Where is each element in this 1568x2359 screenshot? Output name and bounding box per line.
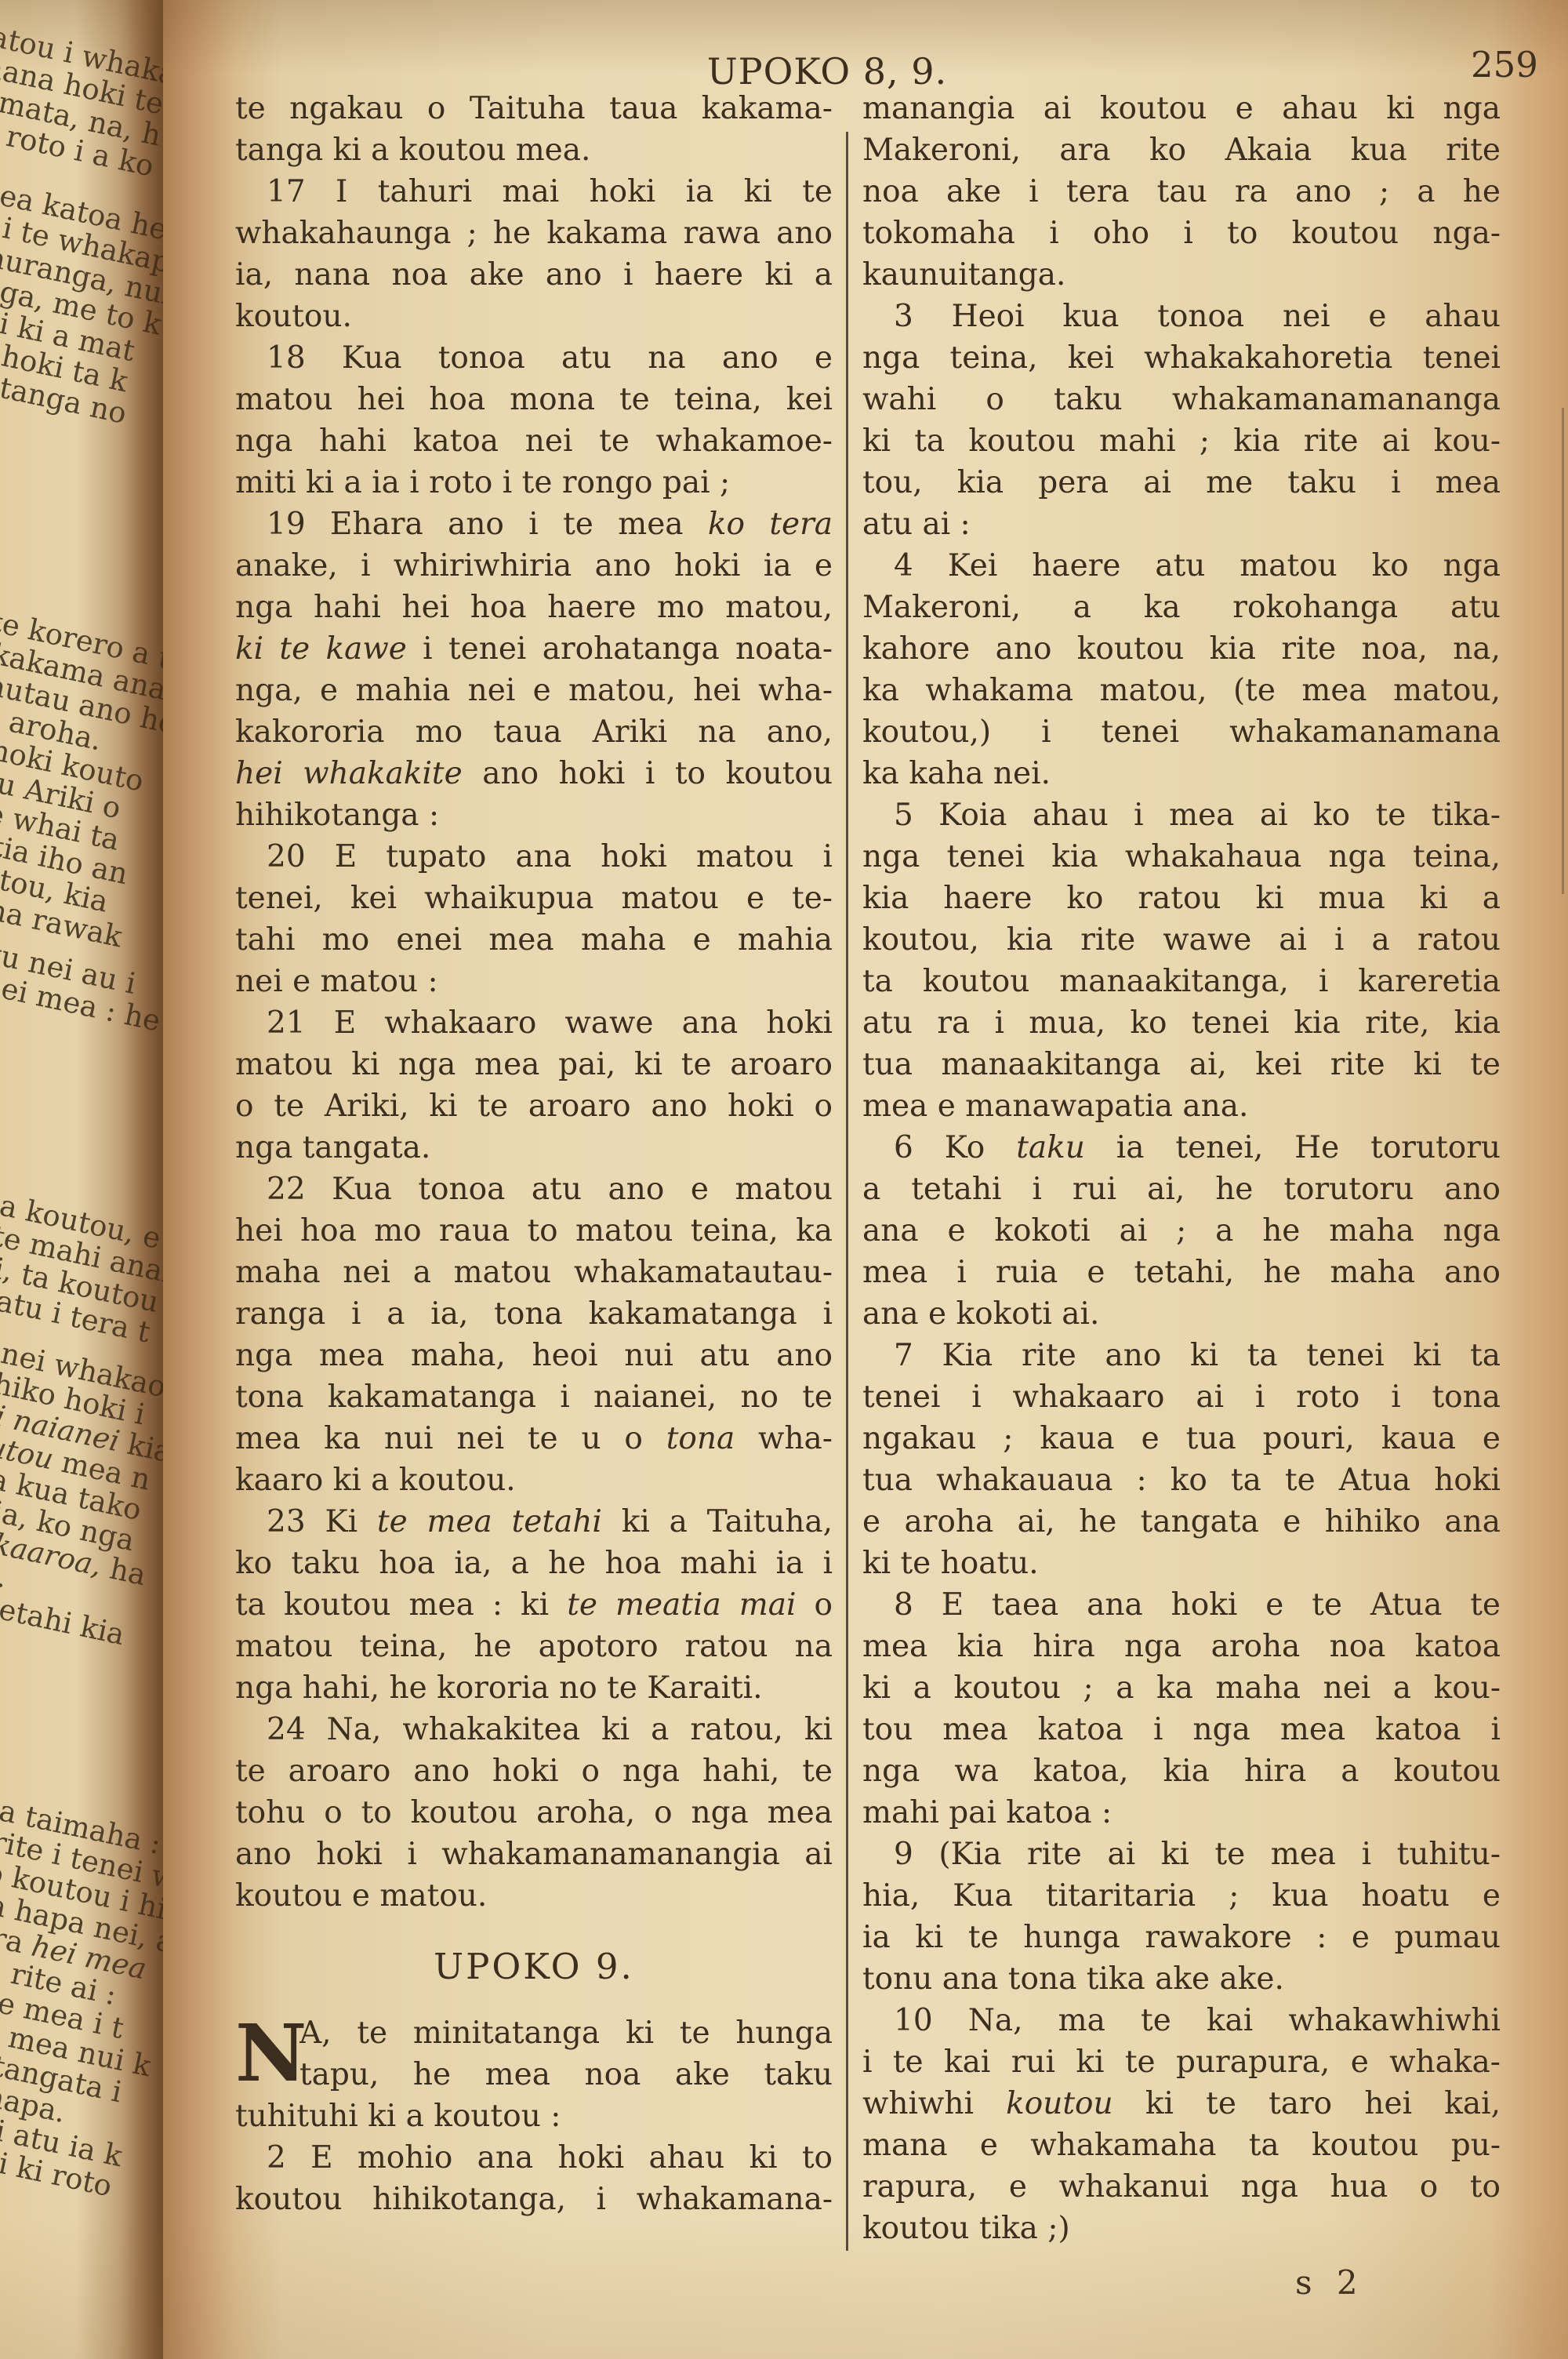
text-line: ana e kokoti ai.: [862, 1293, 1501, 1335]
text-line: nga hahi katoa nei te whakamoe-: [235, 420, 833, 462]
text-line: ngakau ; kaua e tua pouri, kaua e: [862, 1418, 1501, 1459]
text-line: ranga i a ia, tona kakamatanga i: [235, 1293, 833, 1335]
text-line: kaaro ki a koutou.: [235, 1459, 833, 1501]
signature-mark: s 2: [1295, 2263, 1358, 2302]
text-line: ki te hoatu.: [862, 1543, 1501, 1584]
text-line: mea kia hira nga aroha noa katoa: [862, 1626, 1501, 1667]
text-line: tapu, he mea noa ake taku: [299, 2054, 833, 2095]
text-line: ia ki te hunga rawakore : e pumau: [862, 1917, 1501, 1958]
text-line: atu ra i mua, ko tenei kia rite, kia: [862, 1002, 1501, 1044]
text-line: manangia ai koutou e ahau ki nga: [862, 88, 1501, 129]
text-line: tenei, kei whaikupua matou e te-: [235, 878, 833, 919]
text-line: ko taku hoa ia, a he hoa mahi ia i: [235, 1543, 833, 1584]
text-line: maha nei a matou whakamatautau-: [235, 1252, 833, 1293]
text-line: tua whakauaua : ko ta te Atua hoki: [862, 1459, 1501, 1501]
text-line: tou, kia pera ai me taku i mea: [862, 462, 1501, 503]
text-line: Makeroni, a ka rokohanga atu: [862, 587, 1501, 628]
text-line: 9 (Kia rite ai ki te mea i tuhitu-: [862, 1834, 1501, 1875]
text-line: te ngakau o Taituha taua kakama-: [235, 88, 833, 129]
facing-page-text-fragment: natou i whaka, nana hoki tei timata, na,…: [0, 17, 163, 183]
text-line: 22 Kua tonoa atu ano e matou: [235, 1169, 833, 1210]
text-line: o te Ariki, ki te aroaro ano hoki o: [235, 1085, 833, 1127]
text-line: tua manaakitanga ai, kei rite ki te: [862, 1044, 1501, 1085]
text-line: nga tangata.: [235, 1127, 833, 1169]
text-line: whiwhi koutou ki te taro hei kai,: [862, 2083, 1501, 2125]
text-line: A, te minitatanga ki te hunga: [299, 2012, 833, 2054]
text-line: nei e matou :: [235, 961, 833, 1002]
facing-page-text-fragment: kia taimaha :a rite i tenei wa o koutou …: [0, 1790, 163, 2205]
text-line: 2 E mohio ana hoki ahau ki to: [235, 2137, 833, 2179]
text-line: matou ki nga mea pai, ki te aroaro: [235, 1044, 833, 1085]
text-line: ano hoki i whakamanamanangia ai: [235, 1834, 833, 1875]
text-column-left: te ngakau o Taituha taua kakama-tanga ki…: [235, 88, 833, 2220]
text-line: tanga ki a koutou mea.: [235, 129, 833, 171]
text-line: noa ake i tera tau ra ano ; a he: [862, 171, 1501, 213]
dropcap-verse: NA, te minitatanga ki te hungatapu, he m…: [235, 2012, 833, 2095]
text-line: mahi pai katoa :: [862, 1792, 1501, 1834]
text-line: 8 E taea ana hoki e te Atua te: [862, 1584, 1501, 1626]
text-line: mana e whakamaha ta koutou pu-: [862, 2125, 1501, 2166]
text-line: 17 I tahuri mai hoki ia ki te: [235, 171, 833, 213]
text-line: whakahaunga ; he kakama rawa ano: [235, 213, 833, 254]
text-line: 6 Ko taku ia tenei, He torutoru: [862, 1127, 1501, 1169]
text-line: 23 Ki te mea tetahi ki a Taituha,: [235, 1501, 833, 1543]
text-line: ana e kokoti ai ; a he maha nga: [862, 1210, 1501, 1252]
text-line: koutou,) i tenei whakamanamana: [862, 711, 1501, 753]
text-line: i te kai rui ki te purapura, e whaka-: [862, 2041, 1501, 2083]
page-fore-edge-shadow: [1562, 408, 1564, 894]
text-line: ki ta koutou mahi ; kia rite ai kou-: [862, 420, 1501, 462]
text-line: e aroha ai, he tangata e hihiko ana: [862, 1501, 1501, 1543]
text-line: tahi mo enei mea maha e mahia: [235, 919, 833, 961]
text-line: tona kakamatanga i naianei, no te: [235, 1376, 833, 1418]
text-line: mea ka nui nei te u o tona wha-: [235, 1418, 833, 1459]
text-line: kia haere ko ratou ki mua ki a: [862, 878, 1501, 919]
text-line: ka kaha nei.: [862, 753, 1501, 794]
text-line: koutou e matou.: [235, 1875, 833, 1917]
facing-page-text-fragment: mea katoa he hu, i te whakapoatauranga, …: [0, 174, 163, 436]
text-line: koutou, kia rite wawe ai i a ratou: [862, 919, 1501, 961]
text-line: mea e manawapatia ana.: [862, 1085, 1501, 1127]
text-line: te aroaro ano hoki o nga hahi, te: [235, 1750, 833, 1792]
text-line: 3 Heoi kua tonoa nei e ahau: [862, 296, 1501, 337]
text-line: ka whakama matou, (te mea matou,: [862, 670, 1501, 711]
text-line: anake, i whiriwhiria ano hoki ia e: [235, 545, 833, 587]
text-line: hei whakakite ano hoki i to koutou: [235, 753, 833, 794]
text-line: ki a koutou ; a ka maha nei a kou-: [862, 1667, 1501, 1709]
text-line: matou hei hoa mona te teina, kei: [235, 379, 833, 420]
text-line: ki te kawe i tenei arohatanga noata-: [235, 628, 833, 670]
text-line: a tetahi i rui ai, he torutoru ano: [862, 1169, 1501, 1210]
text-line: rapura, e whakanui nga hua o to: [862, 2166, 1501, 2208]
facing-page-text-fragment: atu nei au ienei mea : he: [0, 935, 163, 1038]
facing-page-edge: natou i whaka, nana hoki tei timata, na,…: [0, 0, 163, 2359]
text-line: koutou.: [235, 296, 833, 337]
text-line: tenei i whakaaro ai i roto i tona: [862, 1376, 1501, 1418]
text-line: ia, nana noa ake ano i haere ki a: [235, 254, 833, 296]
text-line: matou teina, he apotoro ratou na: [235, 1626, 833, 1667]
text-line: nga wa katoa, kia hira a koutou: [862, 1750, 1501, 1792]
text-line: Makeroni, ara ko Akaia kua rite: [862, 129, 1501, 171]
text-line: nga, e mahia nei e matou, hei wha-: [235, 670, 833, 711]
dropcap-letter: N: [235, 2014, 307, 2092]
text-line: nga mea maha, heoi nui atu ano: [235, 1335, 833, 1376]
text-line: koutou tika ;): [862, 2208, 1501, 2249]
column-divider-rule: [846, 132, 848, 2251]
text-line: atu ai :: [862, 503, 1501, 545]
chapter-heading: UPOKO 9.: [235, 1945, 833, 1989]
text-line: hihikotanga :: [235, 794, 833, 836]
text-line: ta koutou manaakitanga, i kareretia: [862, 961, 1501, 1002]
text-line: 5 Koia ahau i mea ai ko te tika-: [862, 794, 1501, 836]
text-line: wahi o taku whakamanamananga: [862, 379, 1501, 420]
text-line: kahore ano koutou kia rite noa, na,: [862, 628, 1501, 670]
text-line: nga hahi hei hoa haere mo matou,: [235, 587, 833, 628]
text-line: 24 Na, whakakitea ki a ratou, ki: [235, 1709, 833, 1750]
text-line: tohu o to koutou aroha, o nga mea: [235, 1792, 833, 1834]
facing-page-text-fragment: tenei whakaotihihiko hoki iki i naianei …: [0, 1332, 163, 1653]
text-line: 20 E tupato ana hoki matou i: [235, 836, 833, 878]
text-line: 7 Kia rite ano ki ta tenei ki ta: [862, 1335, 1501, 1376]
facing-page-text-fragment: i te korero a te kakama anaatautau ano h…: [0, 602, 163, 955]
text-line: 10 Na, ma te kai whakawhiwhi: [862, 2000, 1501, 2041]
book-page-photo: natou i whaka, nana hoki tei timata, na,…: [0, 0, 1568, 2359]
text-line: ta koutou mea : ki te meatia mai o: [235, 1584, 833, 1626]
text-line: tonu ana tona tika ake ake.: [862, 1958, 1501, 2000]
text-line: nga hahi, he kororia no te Karaiti.: [235, 1667, 833, 1709]
text-line: nga tenei kia whakahaua nga teina,: [862, 836, 1501, 878]
text-line: hia, Kua titaritaria ; kua hoatu e: [862, 1875, 1501, 1917]
text-line: tou mea katoa i nga mea katoa i: [862, 1709, 1501, 1750]
page-number: 259: [1471, 44, 1538, 85]
text-line: 21 E whakaaro wawe ana hoki: [235, 1002, 833, 1044]
text-line: miti ki a ia i roto i te rongo pai ;: [235, 462, 833, 503]
text-line: 4 Kei haere atu matou ko nga: [862, 545, 1501, 587]
text-line: nga teina, kei whakakahoretia tenei: [862, 337, 1501, 379]
text-line: hei hoa mo raua to matou teina, ka: [235, 1210, 833, 1252]
text-line: kaunuitanga.: [862, 254, 1501, 296]
text-line: tokomaha i oho i to koutou nga-: [862, 213, 1501, 254]
text-column-right: manangia ai koutou e ahau ki ngaMakeroni…: [862, 88, 1501, 2249]
text-line: 18 Kua tonoa atu na ano e: [235, 337, 833, 379]
text-line: kakororia mo taua Ariki na ano,: [235, 711, 833, 753]
text-line: 19 Ehara ano i te mea ko tera: [235, 503, 833, 545]
facing-page-text-fragment: ma koutou, eo te mahi anakoki, ta koutou…: [0, 1184, 163, 1352]
text-line: koutou hihikotanga, i whakamana-: [235, 2179, 833, 2220]
text-line: mea i ruia e tetahi, he maha ano: [862, 1252, 1501, 1293]
text-line: tuhituhi ki a koutou :: [235, 2095, 833, 2137]
